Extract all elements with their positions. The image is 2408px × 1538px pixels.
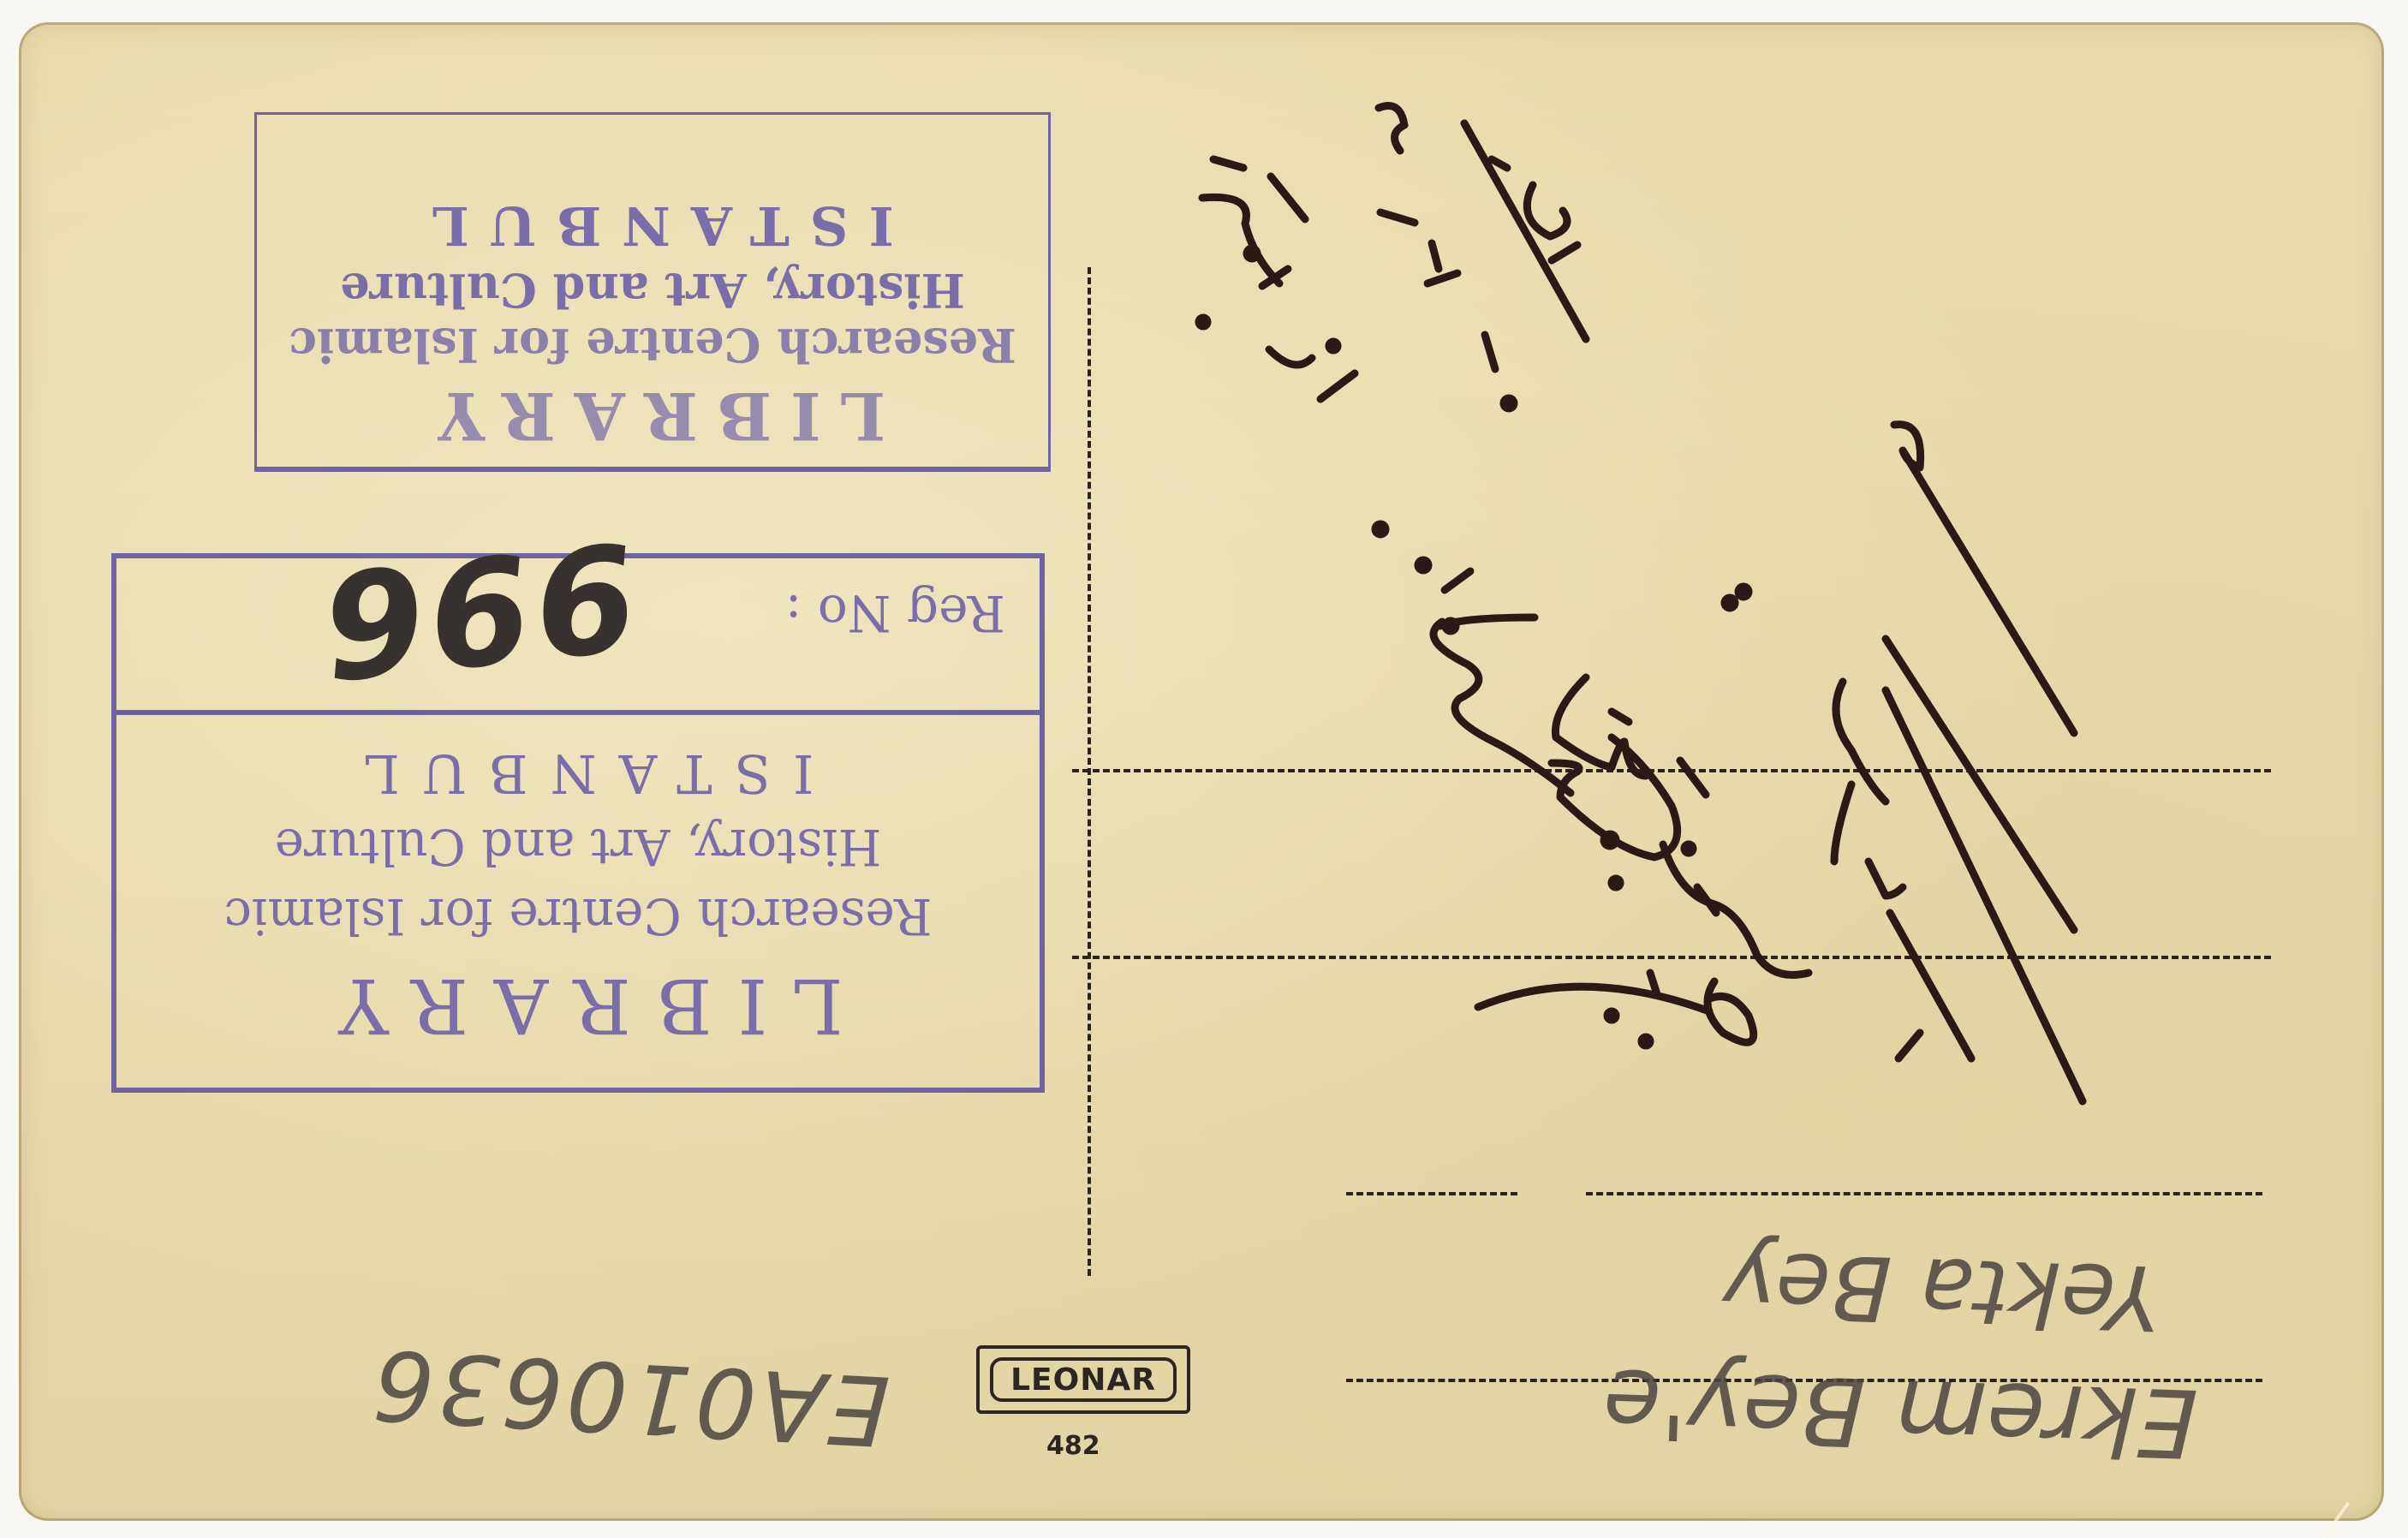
publisher-name: LEONAR [990,1357,1177,1402]
postcard: LIBRARY Research Centre for Islamic Hist… [19,22,2384,1521]
addressee-line-ekrem: Ekrem Bey'e [1601,1348,2199,1478]
publisher-code: 482 [1046,1431,1100,1461]
addressee-line-yekta: Yekta Bey [1721,1231,2162,1350]
publisher-logo-box: LEONAR [976,1345,1190,1414]
